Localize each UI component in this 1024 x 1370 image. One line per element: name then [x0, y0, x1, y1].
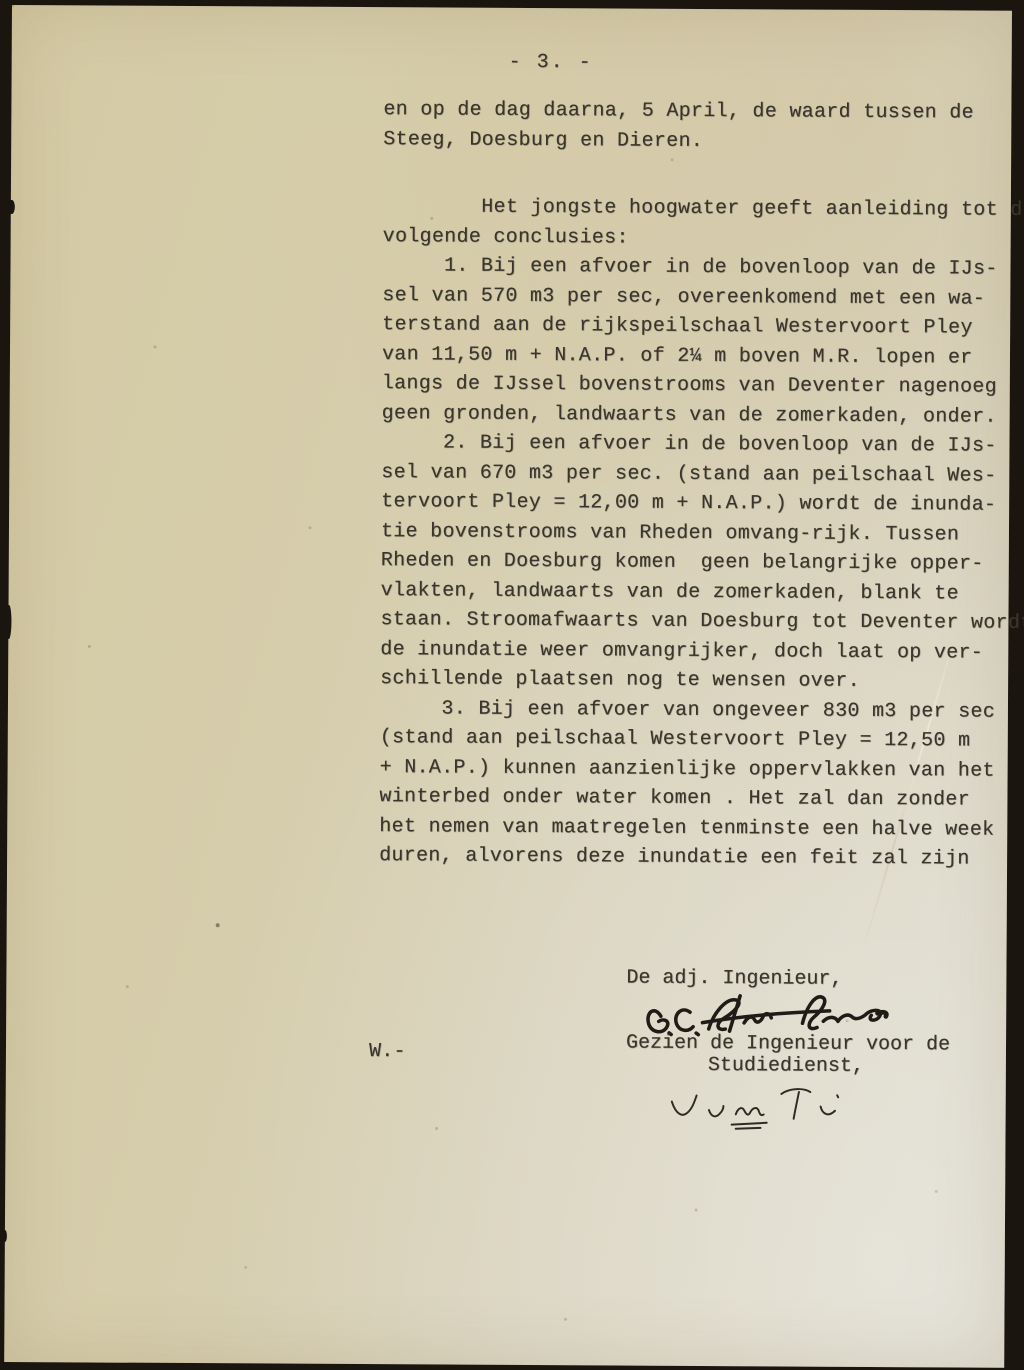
scan-edge-artifact: [6, 605, 11, 639]
scanned-document: - 3. - en op de dag daarna, 5 April, de …: [0, 0, 1024, 1370]
adj-engineer-title: De adj. Ingenieur,: [626, 967, 842, 991]
seen-by-title-line2: Studiedienst,: [708, 1054, 864, 1078]
signature-block: De adj. Ingenieur, Gezien de Ingenieur: [623, 967, 964, 1159]
scan-edge-artifact: [3, 1230, 7, 1242]
intro-paragraph: en op de dag daarna, 5 April, de waard t…: [383, 95, 974, 157]
handwritten-signature-icon: [661, 1079, 861, 1142]
w-annotation: W.-: [369, 1037, 406, 1067]
page-number: - 3. -: [509, 48, 593, 78]
scan-edge-artifact: [9, 200, 15, 214]
paper-page: - 3. - en op de dag daarna, 5 April, de …: [4, 5, 1012, 1368]
body-text: Het jongste hoogwater geeft aanleiding t…: [379, 192, 1024, 874]
seen-by-title-line1: Gezien de Ingenieur voor de: [626, 1032, 950, 1057]
